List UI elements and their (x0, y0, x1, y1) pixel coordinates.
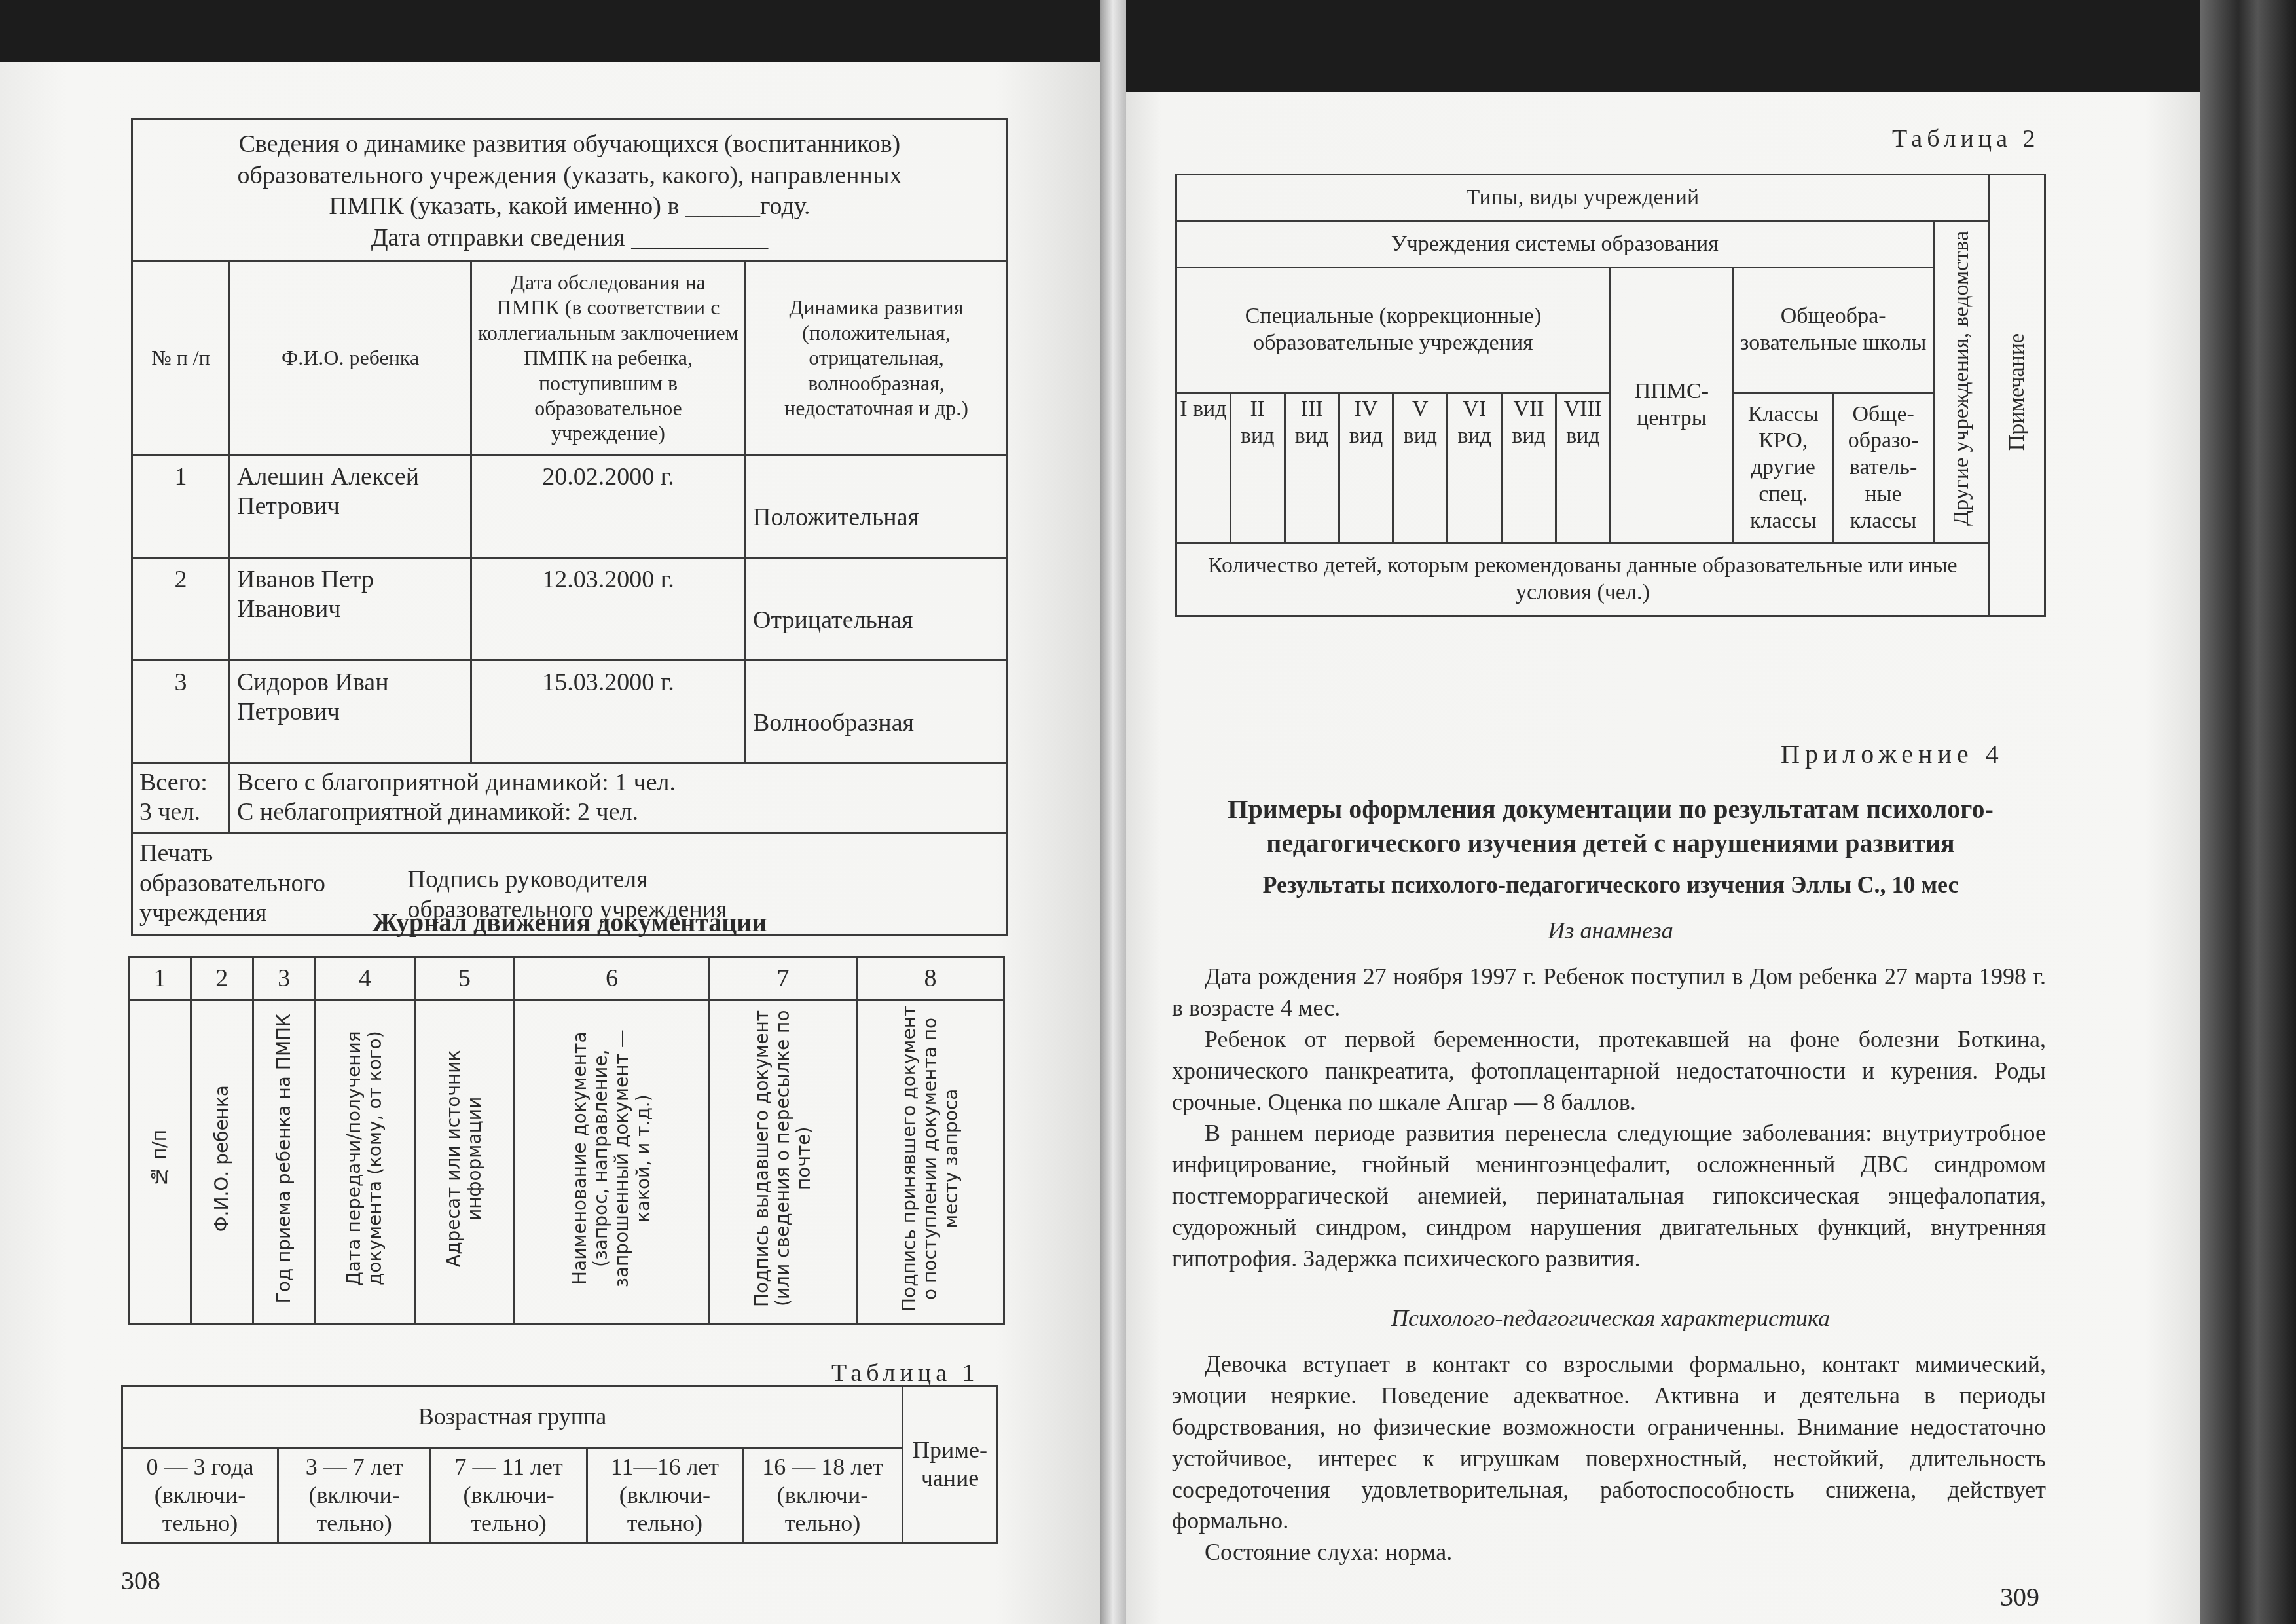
journal-col-number: 2 (191, 957, 253, 1001)
journal-col-header: Адресат или источник информации (414, 1001, 514, 1324)
journal-col-header-text: Ф.И.О. ребенка (211, 1085, 232, 1232)
paragraph: Состояние слуха: норма. (1172, 1537, 2046, 1568)
journal-col-header-text: Год приема ребенка на ПМПК (274, 1014, 295, 1303)
row-num: 1 (132, 454, 230, 557)
table-row: 2 Иванов Петр Иванович 12.03.2000 г. Отр… (132, 557, 1008, 660)
kind-column: IV вид (1339, 393, 1393, 544)
table-title: Сведения о динамике развития обучающихся… (132, 119, 1008, 261)
journal-col-header-text: Дата передачи/получения документа (кому,… (344, 1001, 386, 1316)
page-number-right: 309 (2000, 1581, 2039, 1612)
note-header: Приме-чание (903, 1386, 998, 1543)
journal-col-number: 6 (515, 957, 710, 1001)
kind-column: III вид (1285, 393, 1339, 544)
other-label: Другие учреждения, ведомства (1948, 231, 1974, 526)
kind-column: VIII вид (1556, 393, 1611, 544)
general-sub-column: Обще-образо-ватель-ные классы (1833, 393, 1933, 544)
ppms-header: ППМС-центры (1610, 268, 1733, 544)
row-dynamics: Отрицательная (746, 557, 1008, 660)
anamnesis-text: Дата рождения 27 ноября 1997 г. Ребенок … (1172, 961, 2046, 1275)
title-line: Дата отправки сведения ___________ (146, 223, 993, 254)
main-title: Примеры оформления документации по резул… (1172, 792, 2049, 860)
table-row: 3 Сидоров Иван Петрович 15.03.2000 г. Во… (132, 660, 1008, 763)
journal-table: 12345678 № п/пФ.И.О. ребенкаГод приема р… (128, 956, 1005, 1325)
journal-col-number: 7 (709, 957, 856, 1001)
journal-col-header: Наименование документа (запрос, направле… (515, 1001, 710, 1324)
other-column: Другие учреждения, ведомства (1933, 221, 1989, 544)
journal-title: Журнал движения документации (131, 907, 1008, 938)
journal-col-header: № п/п (129, 1001, 191, 1324)
special-header: Специальные (коррекционные) образователь… (1176, 268, 1611, 393)
row-date: 12.03.2000 г. (471, 557, 746, 660)
row-name: Иванов Петр Иванович (230, 557, 471, 660)
journal-col-header-text: Наименование документа (запрос, направле… (570, 1001, 654, 1316)
total-summary: Всего с благоприятной динамикой: 1 чел. … (230, 763, 1008, 832)
total-label: Всего: 3 чел. (132, 763, 230, 832)
title-line: Сведения о динамике развития обучающихся… (146, 129, 993, 160)
kind-column: V вид (1393, 393, 1448, 544)
characteristics-text: Девочка вступает в контакт со взрослыми … (1172, 1349, 2046, 1568)
subtitle: Результаты психолого-педагогического изу… (1172, 871, 2049, 898)
age-group-table: Возрастная группа Приме-чание 0 — 3 года… (121, 1385, 998, 1544)
institution-types-table: Типы, виды учреждений Примечание Учрежде… (1175, 174, 2046, 617)
header-num: № п /п (132, 261, 230, 455)
total-favorable: Всего с благоприятной динамикой: 1 чел. (237, 768, 1000, 798)
row-date: 15.03.2000 г. (471, 660, 746, 763)
journal-col-header-text: Адресат или источник информации (443, 1001, 485, 1316)
children-count-footer: Количество детей, которым рекомендованы … (1176, 544, 1990, 616)
journal-col-number: 5 (414, 957, 514, 1001)
appendix-label: Приложение 4 (1781, 739, 2004, 769)
paragraph: Дата рождения 27 ноября 1997 г. Ребенок … (1172, 961, 2046, 1024)
row-date: 20.02.2000 г. (471, 454, 746, 557)
journal-col-header: Год приема ребенка на ПМПК (253, 1001, 315, 1324)
types-header: Типы, виды учреждений (1176, 175, 1990, 221)
journal-col-header-text: № п/п (149, 1130, 170, 1187)
kind-column: VI вид (1448, 393, 1502, 544)
general-header: Общеобра-зовательные школы (1733, 268, 1933, 393)
row-num: 2 (132, 557, 230, 660)
journal-col-number: 3 (253, 957, 315, 1001)
kind-column: I вид (1176, 393, 1231, 544)
row-name: Алешин Алексей Петрович (230, 454, 471, 557)
header-name: Ф.И.О. ребенка (230, 261, 471, 455)
age-group-cell: 3 — 7 лет (включи-тельно) (278, 1449, 430, 1543)
journal-col-number: 4 (315, 957, 414, 1001)
journal-col-number: 1 (129, 957, 191, 1001)
title-line: образовательного учреждения (указать, ка… (146, 160, 993, 192)
journal-col-header: Ф.И.О. ребенка (191, 1001, 253, 1324)
paragraph: В раннем периоде развития перенесла след… (1172, 1118, 2046, 1274)
paragraph: Девочка вступает в контакт со взрослыми … (1172, 1349, 2046, 1537)
journal-col-header: Подпись выдавшего документ (или сведения… (709, 1001, 856, 1324)
journal-col-header-text: Подпись принявшего документ о поступлени… (899, 1001, 962, 1316)
journal-col-header: Дата передачи/получения документа (кому,… (315, 1001, 414, 1324)
age-group-cell: 0 — 3 года (включи-тельно) (122, 1449, 278, 1543)
note-column: Примечание (1989, 175, 2045, 616)
table1-label: Таблица 1 (831, 1359, 979, 1388)
edu-system-header: Учреждения системы образования (1176, 221, 1934, 268)
row-dynamics: Волнообразная (746, 660, 1008, 763)
note-label: Примечание (2004, 333, 2030, 451)
paragraph: Ребенок от первой беременности, протекав… (1172, 1024, 2046, 1118)
age-group-cell: 7 — 11 лет (включи-тельно) (431, 1449, 587, 1543)
age-group-cell: 16 — 18 лет (включи-тельно) (743, 1449, 903, 1543)
age-group-header: Возрастная группа (122, 1386, 903, 1449)
section-characteristics-title: Психолого-педагогическая характеристика (1172, 1304, 2049, 1332)
journal-col-header: Подпись принявшего документ о поступлени… (856, 1001, 1004, 1324)
general-sub-column: Классы КРО, другие спец. классы (1733, 393, 1833, 544)
scanner-edge (2200, 0, 2296, 1624)
book-spine (1100, 0, 1126, 1624)
header-dynamics: Динамика развития (положительная, отрица… (746, 261, 1008, 455)
row-name: Сидоров Иван Петрович (230, 660, 471, 763)
kind-column: II вид (1230, 393, 1285, 544)
title-line: ПМПК (указать, какой именно) в ______год… (146, 191, 993, 223)
row-num: 3 (132, 660, 230, 763)
table2-label: Таблица 2 (1892, 124, 2040, 153)
table-row: 1 Алешин Алексей Петрович 20.02.2000 г. … (132, 454, 1008, 557)
page-number-left: 308 (121, 1565, 160, 1596)
development-dynamics-table: Сведения о динамике развития обучающихся… (131, 118, 1008, 936)
age-group-cell: 11—16 лет (включи-тельно) (587, 1449, 742, 1543)
kind-column: VII вид (1502, 393, 1556, 544)
journal-col-number: 8 (856, 957, 1004, 1001)
row-dynamics: Положительная (746, 454, 1008, 557)
journal-col-header-text: Подпись выдавшего документ (или сведения… (752, 1001, 815, 1316)
total-unfavorable: С неблагоприятной динамикой: 2 чел. (237, 798, 1000, 828)
section-anamnesis-title: Из анамнеза (1172, 917, 2049, 944)
header-date: Дата обследования на ПМПК (в соответстви… (471, 261, 746, 455)
